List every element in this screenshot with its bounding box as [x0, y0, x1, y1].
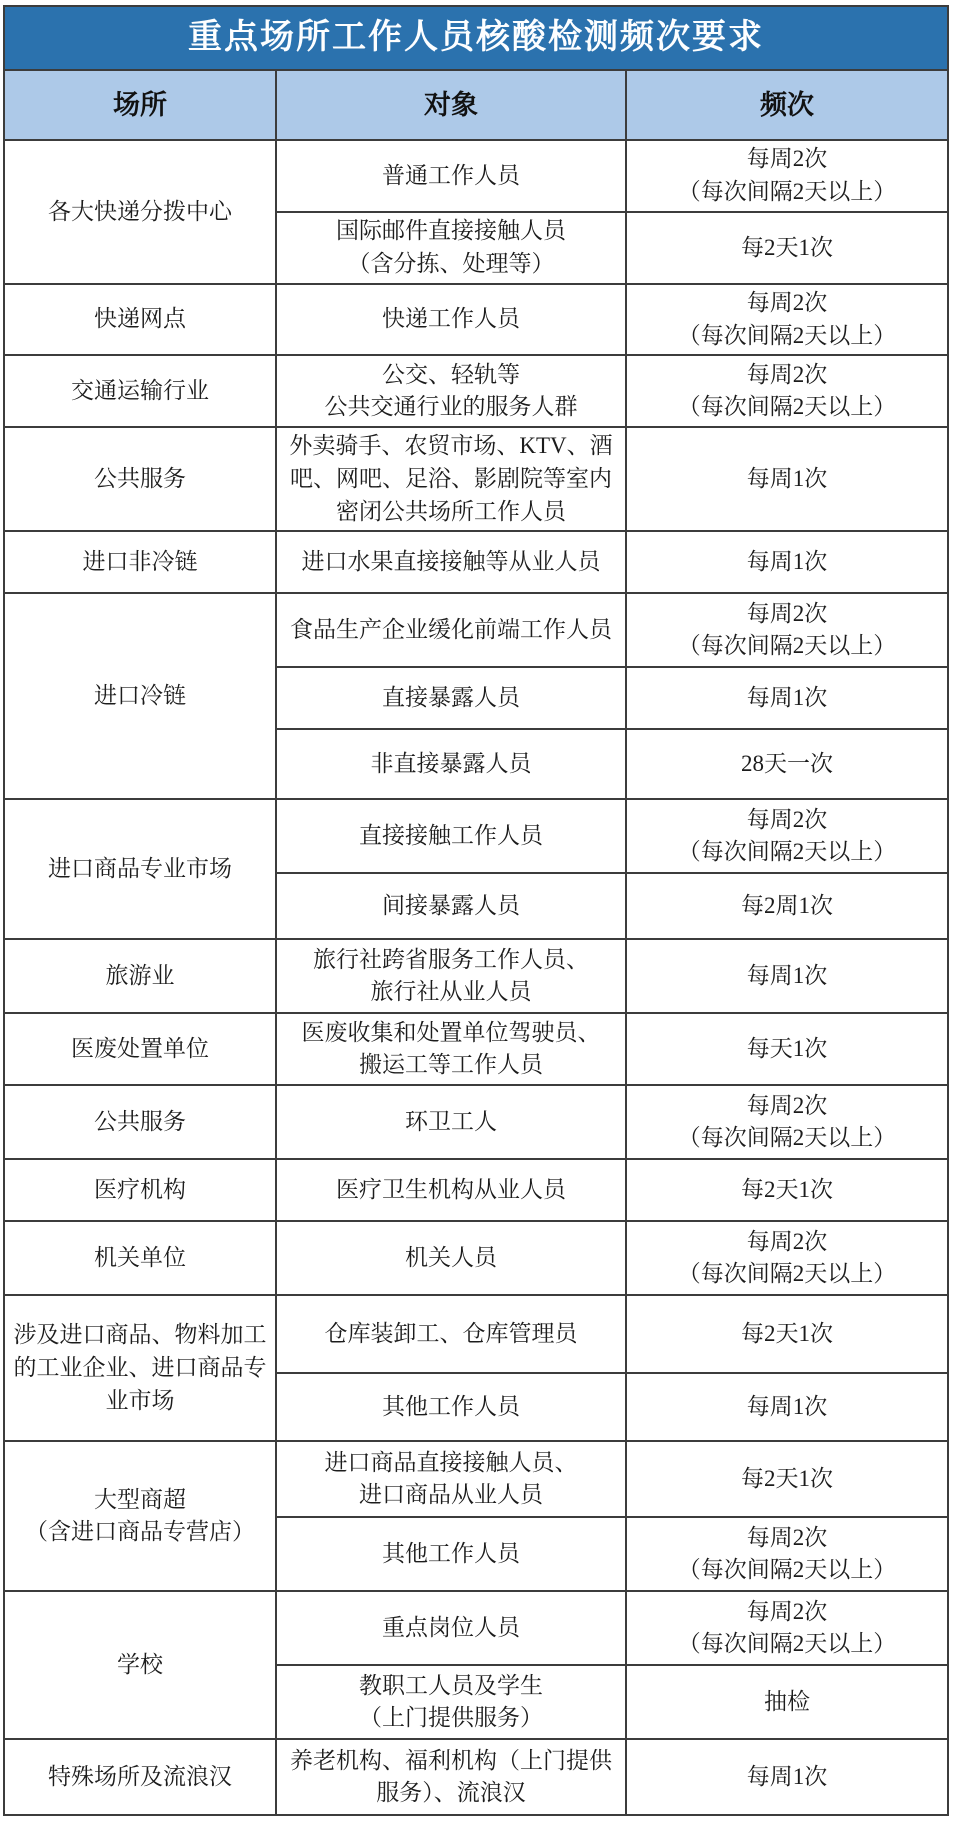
place-cell: 机关单位 [4, 1221, 276, 1295]
frequency-cell: 每周2次 （每次间隔2天以上） [626, 355, 948, 427]
object-cell: 国际邮件直接接触人员 （含分拣、处理等） [276, 212, 626, 284]
frequency-cell: 每2天1次 [626, 1295, 948, 1373]
object-cell: 公交、轻轨等 公共交通行业的服务人群 [276, 355, 626, 427]
frequency-cell: 每周1次 [626, 1373, 948, 1441]
place-cell: 大型商超 （含进口商品专营店） [4, 1441, 276, 1591]
object-cell: 外卖骑手、农贸市场、KTV、酒 吧、网吧、足浴、影剧院等室内 密闭公共场所工作人… [276, 427, 626, 531]
table-row: 医疗机构 医疗卫生机构从业人员 每2天1次 [4, 1159, 948, 1221]
frequency-cell: 每周1次 [626, 939, 948, 1013]
object-cell: 医废收集和处置单位驾驶员、 搬运工等工作人员 [276, 1013, 626, 1085]
object-cell: 快递工作人员 [276, 284, 626, 355]
object-cell: 间接暴露人员 [276, 873, 626, 939]
place-cell: 涉及进口商品、物料加工 的工业企业、进口商品专 业市场 [4, 1295, 276, 1441]
table-row: 特殊场所及流浪汉 养老机构、福利机构（上门提供 服务）、流浪汉 每周1次 [4, 1739, 948, 1815]
frequency-cell: 每周2次 （每次间隔2天以上） [626, 1221, 948, 1295]
table-row: 学校 重点岗位人员 每周2次 （每次间隔2天以上） [4, 1591, 948, 1665]
frequency-cell: 抽检 [626, 1665, 948, 1739]
object-cell: 直接接触工作人员 [276, 799, 626, 873]
table-row: 进口冷链 食品生产企业缓化前端工作人员 每周2次 （每次间隔2天以上） [4, 593, 948, 667]
place-cell: 快递网点 [4, 284, 276, 355]
column-header-frequency: 频次 [626, 70, 948, 140]
object-cell: 医疗卫生机构从业人员 [276, 1159, 626, 1221]
object-cell: 重点岗位人员 [276, 1591, 626, 1665]
place-cell: 医疗机构 [4, 1159, 276, 1221]
table-row: 进口商品专业市场 直接接触工作人员 每周2次 （每次间隔2天以上） [4, 799, 948, 873]
object-cell: 教职工人员及学生 （上门提供服务） [276, 1665, 626, 1739]
header-row: 场所 对象 频次 [4, 70, 948, 140]
frequency-cell: 每周1次 [626, 427, 948, 531]
column-header-place: 场所 [4, 70, 276, 140]
page: 重点场所工作人员核酸检测频次要求 场所 对象 频次 各大快递分拨中心 普通工作人… [0, 0, 955, 1824]
title-row: 重点场所工作人员核酸检测频次要求 [4, 6, 948, 70]
place-cell: 各大快递分拨中心 [4, 140, 276, 284]
frequency-cell: 每周2次 （每次间隔2天以上） [626, 799, 948, 873]
place-cell: 医废处置单位 [4, 1013, 276, 1085]
table-row: 各大快递分拨中心 普通工作人员 每周2次 （每次间隔2天以上） [4, 140, 948, 212]
frequency-cell: 每周1次 [626, 667, 948, 729]
frequency-cell: 每周2次 （每次间隔2天以上） [626, 1591, 948, 1665]
object-cell: 直接暴露人员 [276, 667, 626, 729]
place-cell: 公共服务 [4, 1085, 276, 1159]
frequency-cell: 每周2次 （每次间隔2天以上） [626, 593, 948, 667]
place-cell: 进口商品专业市场 [4, 799, 276, 939]
place-cell: 进口冷链 [4, 593, 276, 799]
table-row: 医废处置单位 医废收集和处置单位驾驶员、 搬运工等工作人员 每天1次 [4, 1013, 948, 1085]
object-cell: 机关人员 [276, 1221, 626, 1295]
frequency-cell: 每2周1次 [626, 873, 948, 939]
frequency-cell: 每周2次 （每次间隔2天以上） [626, 1085, 948, 1159]
table-row: 快递网点 快递工作人员 每周2次 （每次间隔2天以上） [4, 284, 948, 355]
object-cell: 仓库装卸工、仓库管理员 [276, 1295, 626, 1373]
frequency-cell: 每2天1次 [626, 212, 948, 284]
place-cell: 交通运输行业 [4, 355, 276, 427]
object-cell: 其他工作人员 [276, 1517, 626, 1591]
table-row: 公共服务 环卫工人 每周2次 （每次间隔2天以上） [4, 1085, 948, 1159]
object-cell: 普通工作人员 [276, 140, 626, 212]
object-cell: 养老机构、福利机构（上门提供 服务）、流浪汉 [276, 1739, 626, 1815]
testing-frequency-table: 重点场所工作人员核酸检测频次要求 场所 对象 频次 各大快递分拨中心 普通工作人… [3, 5, 949, 1816]
place-cell: 旅游业 [4, 939, 276, 1013]
frequency-cell: 每周1次 [626, 531, 948, 593]
frequency-cell: 每天1次 [626, 1013, 948, 1085]
frequency-cell: 每2天1次 [626, 1441, 948, 1517]
frequency-cell: 每周1次 [626, 1739, 948, 1815]
table-row: 大型商超 （含进口商品专营店） 进口商品直接接触人员、 进口商品从业人员 每2天… [4, 1441, 948, 1517]
frequency-cell: 28天一次 [626, 729, 948, 799]
frequency-cell: 每2天1次 [626, 1159, 948, 1221]
object-cell: 其他工作人员 [276, 1373, 626, 1441]
object-cell: 进口水果直接接触等从业人员 [276, 531, 626, 593]
table-row: 进口非冷链 进口水果直接接触等从业人员 每周1次 [4, 531, 948, 593]
place-cell: 特殊场所及流浪汉 [4, 1739, 276, 1815]
place-cell: 进口非冷链 [4, 531, 276, 593]
table-title: 重点场所工作人员核酸检测频次要求 [4, 6, 948, 70]
frequency-cell: 每周2次 （每次间隔2天以上） [626, 284, 948, 355]
table-row: 公共服务 外卖骑手、农贸市场、KTV、酒 吧、网吧、足浴、影剧院等室内 密闭公共… [4, 427, 948, 531]
column-header-object: 对象 [276, 70, 626, 140]
table-row: 交通运输行业 公交、轻轨等 公共交通行业的服务人群 每周2次 （每次间隔2天以上… [4, 355, 948, 427]
object-cell: 食品生产企业缓化前端工作人员 [276, 593, 626, 667]
frequency-cell: 每周2次 （每次间隔2天以上） [626, 140, 948, 212]
place-cell: 公共服务 [4, 427, 276, 531]
table-row: 涉及进口商品、物料加工 的工业企业、进口商品专 业市场 仓库装卸工、仓库管理员 … [4, 1295, 948, 1373]
object-cell: 非直接暴露人员 [276, 729, 626, 799]
object-cell: 环卫工人 [276, 1085, 626, 1159]
table-row: 机关单位 机关人员 每周2次 （每次间隔2天以上） [4, 1221, 948, 1295]
object-cell: 旅行社跨省服务工作人员、 旅行社从业人员 [276, 939, 626, 1013]
table-row: 旅游业 旅行社跨省服务工作人员、 旅行社从业人员 每周1次 [4, 939, 948, 1013]
place-cell: 学校 [4, 1591, 276, 1739]
object-cell: 进口商品直接接触人员、 进口商品从业人员 [276, 1441, 626, 1517]
frequency-cell: 每周2次 （每次间隔2天以上） [626, 1517, 948, 1591]
